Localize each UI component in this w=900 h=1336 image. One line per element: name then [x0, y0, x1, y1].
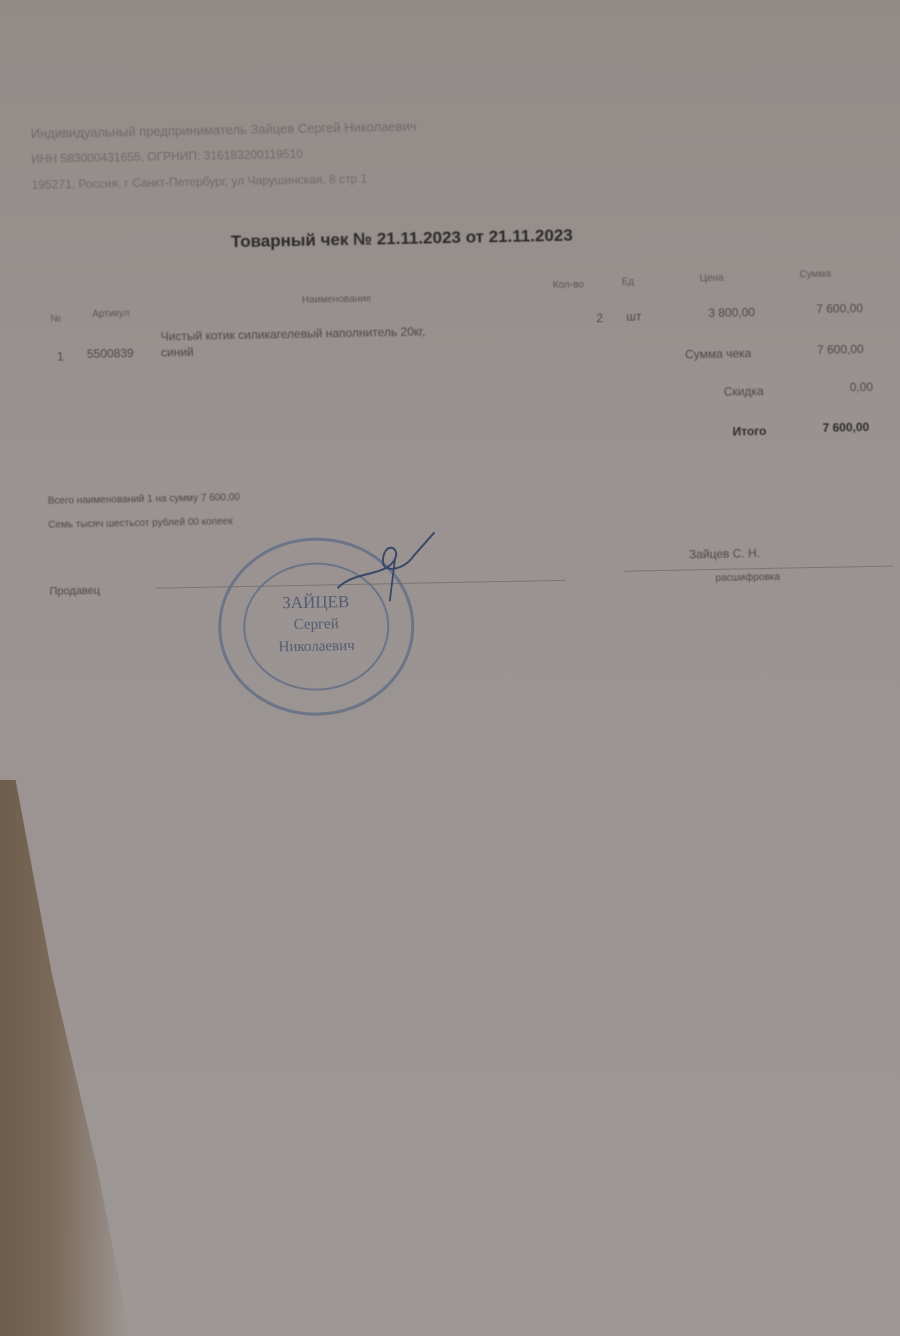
issuer-address: 195271, Россия, г Санкт-Петербург, ул Ча… — [32, 172, 368, 192]
discount-value: 0,00 — [850, 380, 874, 394]
issuer-ids: ИНН 583000431655, ОГРНИП: 31618320011951… — [31, 147, 303, 166]
col-header-no: № — [50, 313, 61, 324]
photo-shadow — [0, 780, 130, 1336]
total-value: 7 600,00 — [822, 420, 869, 435]
col-header-qty: Кол-во — [553, 279, 584, 291]
row-no: 1 — [57, 349, 64, 363]
discount-label: Скидка — [724, 384, 764, 399]
row-price: 3 800,00 — [708, 305, 755, 320]
col-header-name: Наименование — [302, 294, 372, 306]
row-name-line2: синий — [161, 345, 194, 360]
receipt-sum-value: 7 600,00 — [817, 342, 864, 357]
total-label: Итого — [732, 424, 766, 439]
col-header-unit: Ед — [622, 276, 635, 287]
issuer-name: Индивидуальный предприниматель Зайцев Се… — [31, 119, 417, 141]
stamp-line3: Николаевич — [221, 637, 411, 658]
table-row: 1 5500839 Чистый котик силикагелевый нап… — [0, 0, 894, 9]
receipt-sum-label: Сумма чека — [685, 346, 751, 361]
summary-amount-words: Семь тысяч шестьсот рублей 00 копеек — [48, 516, 233, 531]
seller-name: Зайцев С. Н. — [689, 546, 760, 561]
receipt-sheet: Индивидуальный предприниматель Зайцев Се… — [0, 0, 900, 809]
summary-count: Всего наименований 1 на сумму 7 600,00 — [48, 492, 240, 507]
col-header-price: Цена — [700, 273, 724, 284]
row-sum: 7 600,00 — [816, 301, 863, 316]
decode-label: расшифровка — [715, 572, 780, 584]
row-name-line1: Чистый котик силикагелевый наполнитель 2… — [161, 324, 426, 343]
row-qty: 2 — [596, 311, 603, 325]
receipt-title: Товарный чек № 21.11.2023 от 21.11.2023 — [231, 226, 573, 253]
decode-line — [623, 566, 893, 572]
stamp-line2: Сергей — [221, 615, 411, 636]
signature-scribble — [324, 528, 446, 610]
col-header-article: Артикул — [92, 308, 129, 320]
col-header-sum: Сумма — [799, 269, 831, 281]
seller-label: Продавец — [49, 585, 100, 598]
row-article: 5500839 — [87, 346, 134, 361]
row-unit: шт — [626, 309, 641, 323]
